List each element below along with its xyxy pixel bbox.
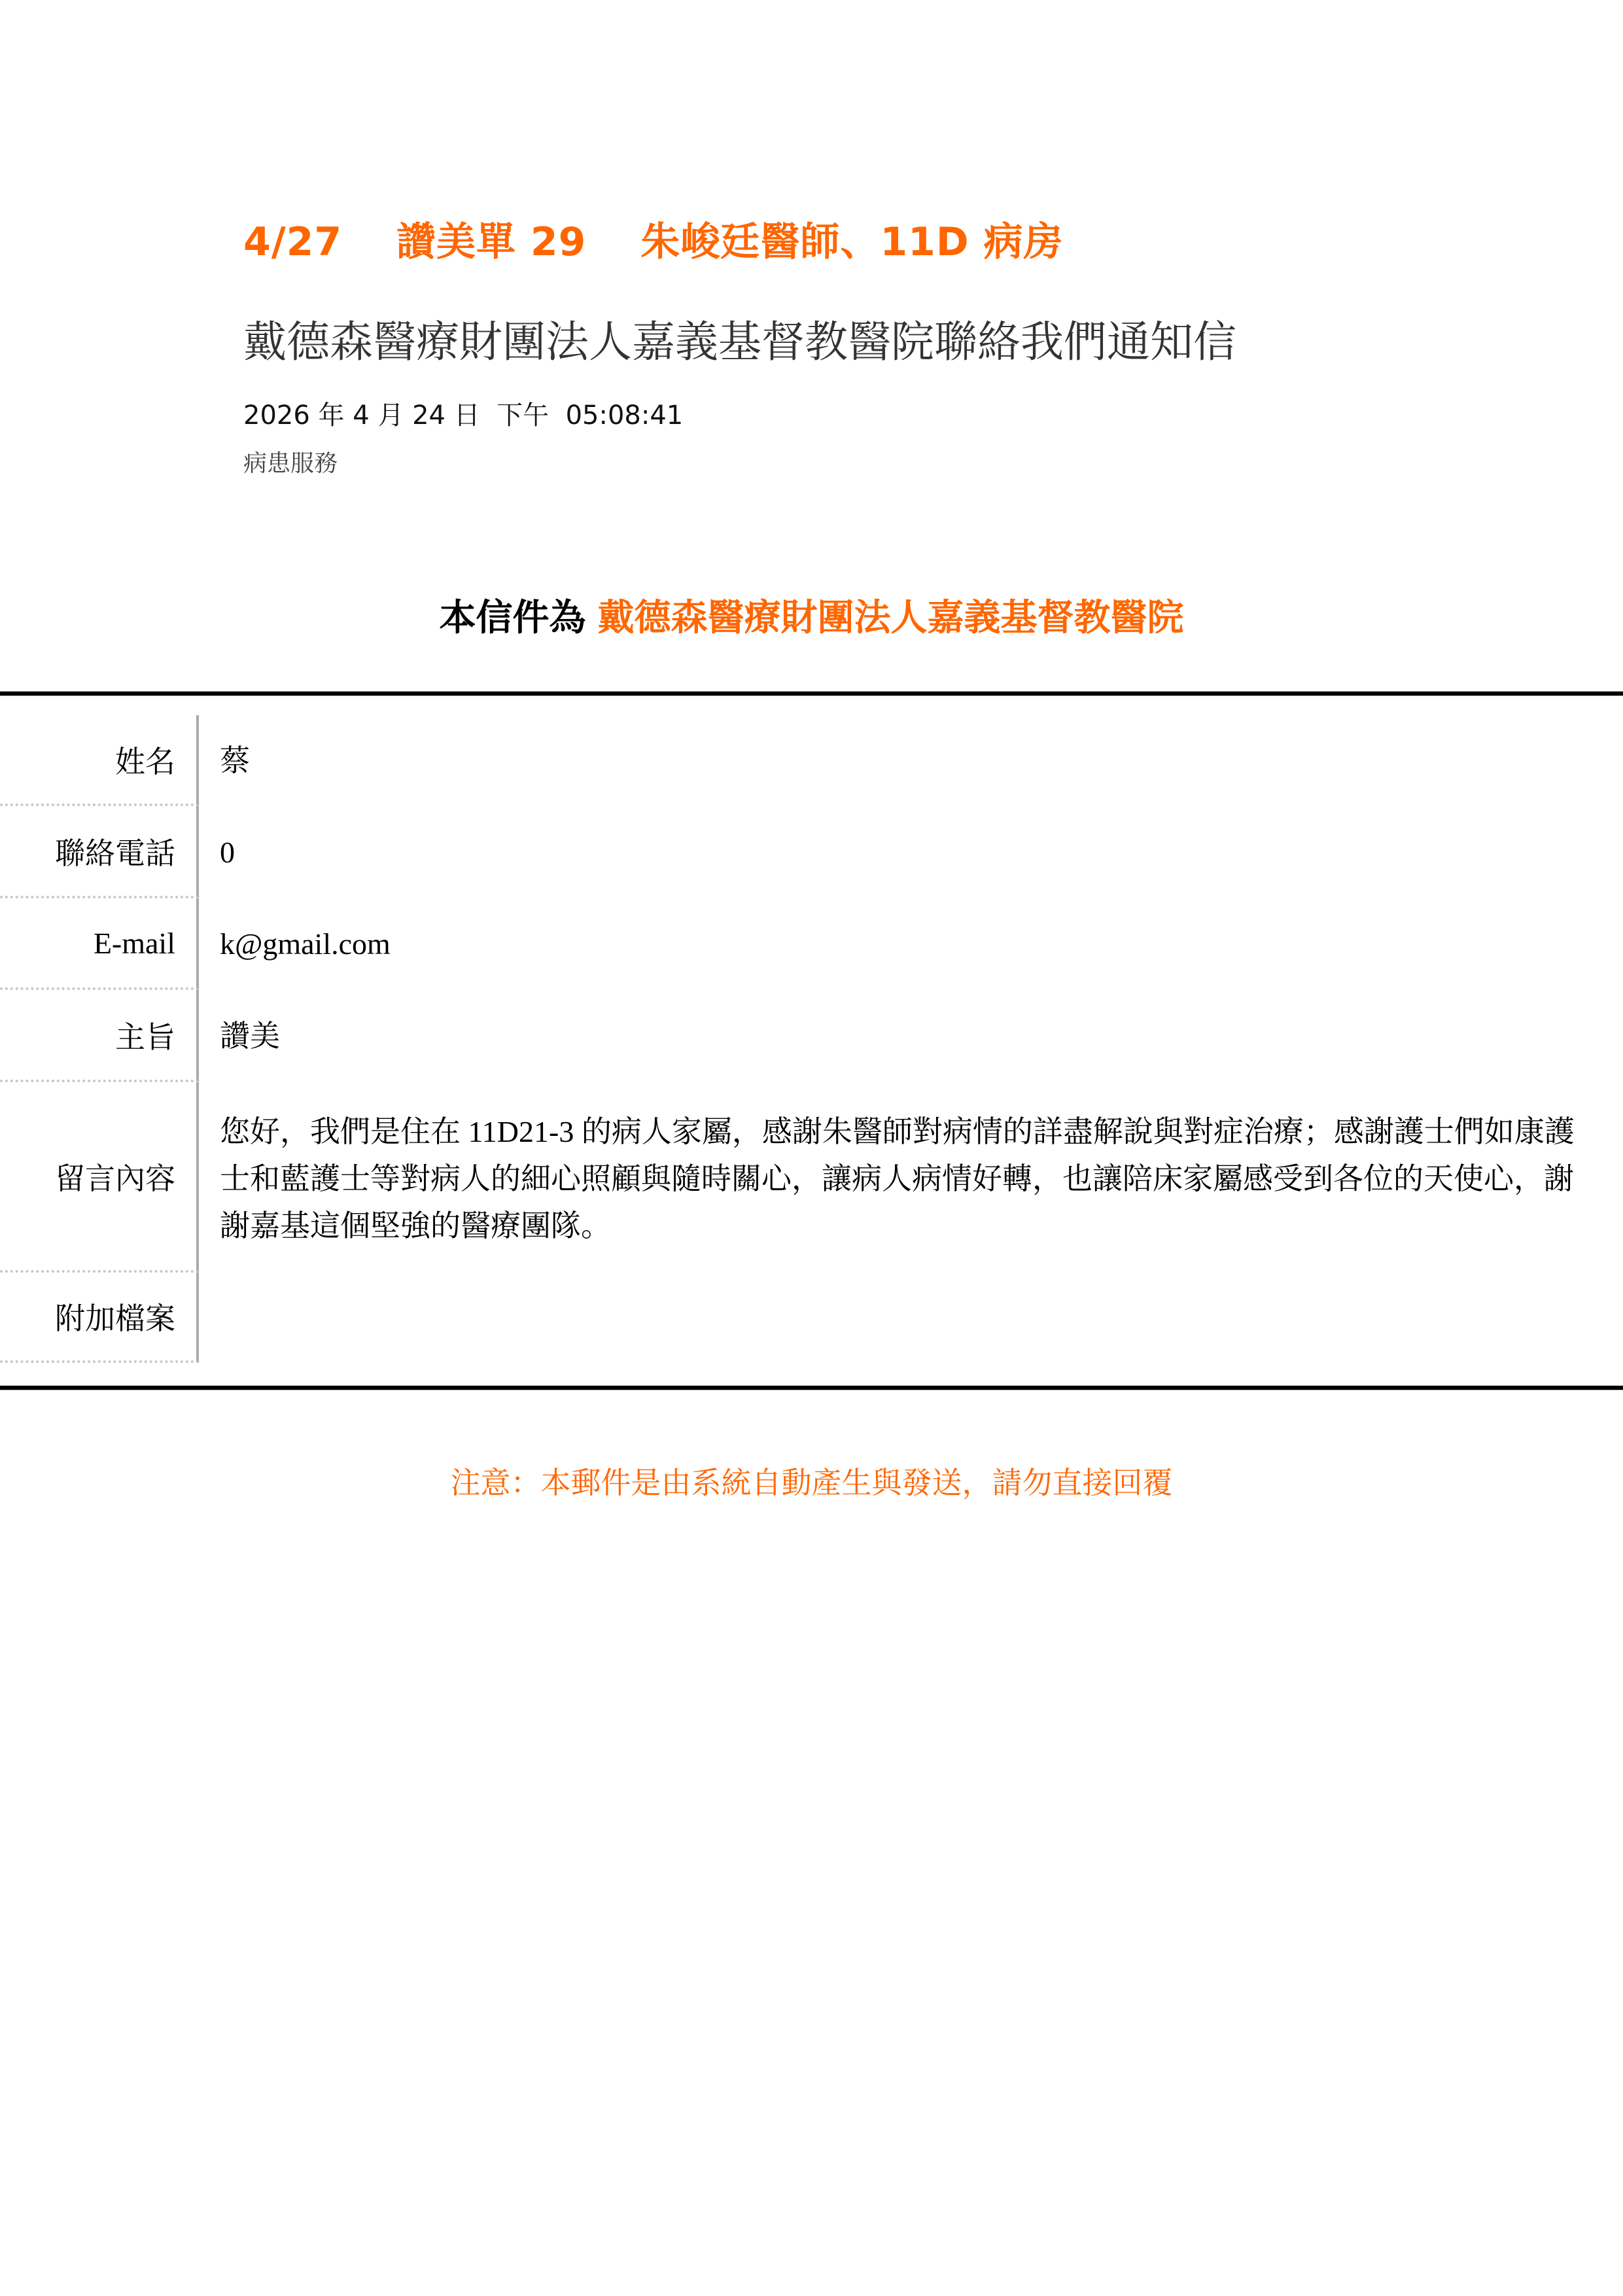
sender-prefix: 本信件為	[440, 597, 586, 639]
auto-reply-notice: 注意：本郵件是由系統自動產生與發送，請勿直接回覆	[0, 1463, 1623, 1502]
form-label-subject: 主旨	[0, 990, 199, 1082]
email-title: 4/27 讚美單 29 朱峻廷醫師、11D 病房	[243, 216, 1064, 268]
form-value-email: k@gmail.com	[199, 921, 1623, 968]
form-row-attachment: 附加檔案	[0, 1273, 1623, 1363]
form-row-subject: 主旨 讚美	[0, 990, 1623, 1082]
form-value-name: 蔡	[199, 737, 1623, 785]
form-row-email: E-mail k@gmail.com	[0, 898, 1623, 990]
form-row-phone: 聯絡電話 0	[0, 806, 1623, 898]
form-label-phone: 聯絡電話	[0, 806, 199, 898]
table-bottom-divider	[0, 1385, 1623, 1390]
sender-organization: 戴德森醫療財團法人嘉義基督教醫院	[598, 597, 1184, 639]
form-value-phone: 0	[199, 829, 1623, 876]
form-label-email: E-mail	[0, 898, 199, 990]
form-label-message: 留言內容	[0, 1082, 199, 1273]
sent-datetime: 2026 年 4 月 24 日 下午 05:08:41	[243, 399, 683, 432]
form-label-attachment: 附加檔案	[0, 1273, 199, 1363]
form-row-message: 留言內容 您好，我們是住在 11D21-3 的病人家屬，感謝朱醫師對病情的詳盡解…	[0, 1082, 1623, 1273]
sender-heading: 本信件為戴德森醫療財團法人嘉義基督教醫院	[0, 592, 1623, 645]
form-value-subject: 讚美	[199, 1013, 1623, 1060]
form-row-name: 姓名 蔡	[0, 715, 1623, 806]
form-label-name: 姓名	[0, 715, 199, 806]
table-top-divider	[0, 691, 1623, 696]
notification-subtitle: 戴德森醫療財團法人嘉義基督教醫院聯絡我們通知信	[243, 313, 1236, 372]
form-value-message: 您好，我們是住在 11D21-3 的病人家屬，感謝朱醫師對病情的詳盡解說與對症治…	[199, 1106, 1623, 1250]
category-label: 病患服務	[243, 449, 338, 479]
contact-form-table: 姓名 蔡 聯絡電話 0 E-mail k@gmail.com 主旨 讚美 留言內…	[0, 715, 1623, 1363]
